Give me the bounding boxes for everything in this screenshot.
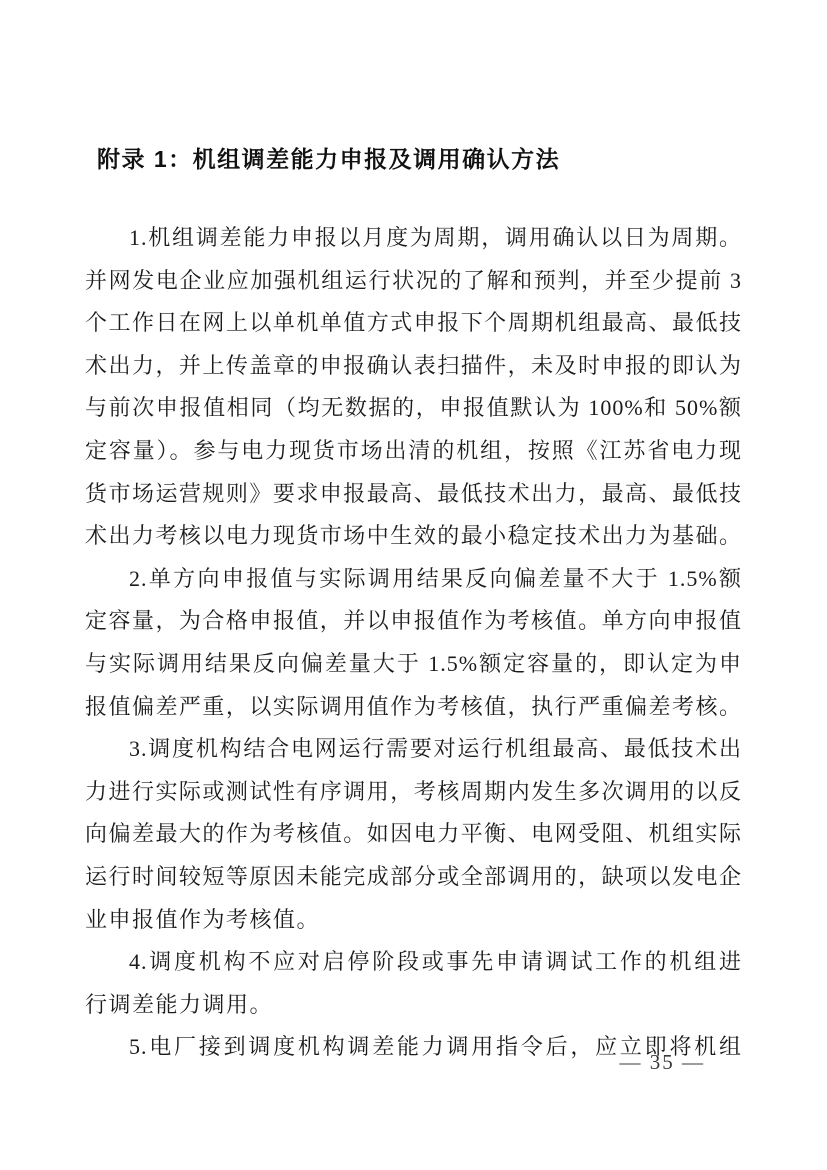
body-line: 报值偏差严重，以实际调用值作为考核值，执行严重偏差考核。 [85, 686, 742, 729]
body-line: 并网发电企业应加强机组运行状况的了解和预判，并至少提前 3 [85, 260, 742, 303]
body-line: 货市场运营规则》要求申报最高、最低技术出力，最高、最低技 [85, 473, 742, 516]
body-line: 业申报值作为考核值。 [85, 899, 742, 942]
body-line: 定容量，为合格申报值，并以申报值作为考核值。单方向申报值 [85, 600, 742, 643]
body-line: 向偏差最大的作为考核值。如因电力平衡、电网受阻、机组实际 [85, 813, 742, 856]
body-line: 个工作日在网上以单机单值方式申报下个周期机组最高、最低技 [85, 302, 742, 345]
body-line: 3.调度机构结合电网运行需要对运行机组最高、最低技术出 [85, 728, 742, 771]
body-line: 定容量）。参与电力现货市场出清的机组，按照《江苏省电力现 [85, 430, 742, 473]
body-line: 力进行实际或测试性有序调用，考核周期内发生多次调用的以反 [85, 771, 742, 814]
body-line: 2.单方向申报值与实际调用结果反向偏差量不大于 1.5%额 [85, 558, 742, 601]
page-number: — 35 — [620, 1050, 706, 1075]
document-body: 1.机组调差能力申报以月度为周期，调用确认以日为周期。 并网发电企业应加强机组运… [85, 217, 742, 1069]
body-line: 与前次申报值相同（均无数据的，申报值默认为 100%和 50%额 [85, 387, 742, 430]
body-line: 1.机组调差能力申报以月度为周期，调用确认以日为周期。 [85, 217, 742, 260]
appendix-title: 附录 1：机组调差能力申报及调用确认方法 [97, 141, 560, 174]
document-page: 附录 1：机组调差能力申报及调用确认方法 1.机组调差能力申报以月度为周期，调用… [0, 0, 827, 1170]
body-line: 4.调度机构不应对启停阶段或事先申请调试工作的机组进 [85, 941, 742, 984]
body-line: 行调差能力调用。 [85, 984, 742, 1027]
body-line: 术出力考核以电力现货市场中生效的最小稳定技术出力为基础。 [85, 515, 742, 558]
body-line: 术出力，并上传盖章的申报确认表扫描件，未及时申报的即认为 [85, 345, 742, 388]
body-line: 运行时间较短等原因未能完成部分或全部调用的，缺项以发电企 [85, 856, 742, 899]
body-line: 与实际调用结果反向偏差量大于 1.5%额定容量的，即认定为申 [85, 643, 742, 686]
